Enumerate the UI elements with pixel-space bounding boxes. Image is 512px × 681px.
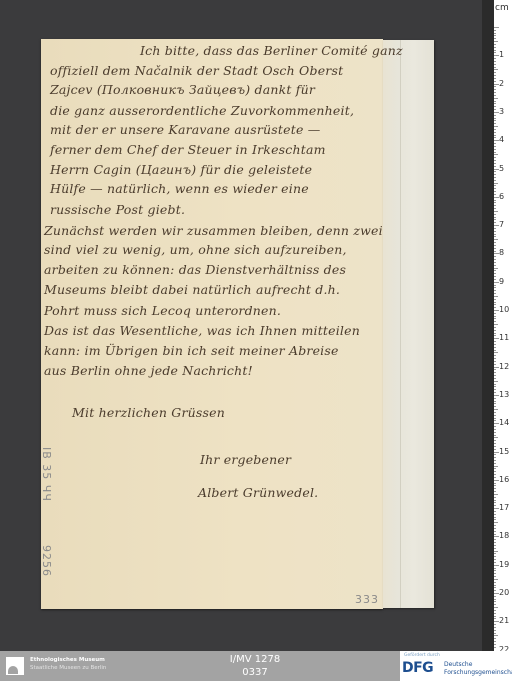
ruler-tick <box>494 69 498 70</box>
ruler-tick <box>494 386 496 387</box>
ruler-tick <box>494 415 496 416</box>
ruler-tick <box>494 248 496 249</box>
ruler-tick <box>494 118 496 119</box>
letter-line: Ich bitte, dass das Berliner Comité ganz <box>140 45 403 58</box>
ruler-tick <box>494 497 496 498</box>
ruler-tick <box>494 171 496 172</box>
ruler-label: 9 <box>499 277 504 286</box>
ruler-tick <box>494 545 496 546</box>
ruler-tick <box>494 548 496 549</box>
ruler-tick <box>494 519 496 520</box>
ruler-tick <box>494 256 496 257</box>
ruler-tick <box>494 268 498 269</box>
ruler-tick <box>494 551 498 552</box>
ruler-tick <box>494 570 496 571</box>
ruler-tick <box>494 446 496 447</box>
ruler-tick <box>494 279 496 280</box>
ruler-tick <box>494 109 496 110</box>
ruler-tick <box>494 531 496 532</box>
ruler-tick <box>494 443 496 444</box>
ruler-tick <box>494 86 496 87</box>
ruler-tick <box>494 174 496 175</box>
ruler-tick <box>494 449 496 450</box>
ruler-tick <box>494 163 496 164</box>
ruler-tick <box>494 33 496 34</box>
dfg-logo-icon: DFG <box>402 660 433 676</box>
ruler-tick <box>494 285 496 286</box>
ruler-tick <box>494 358 496 359</box>
ruler-tick <box>494 355 496 356</box>
ruler-label: 2 <box>499 79 504 88</box>
ruler-tick <box>494 27 499 28</box>
ruler-tick <box>494 123 496 124</box>
ruler-tick <box>494 316 496 317</box>
ruler-tick <box>494 52 496 53</box>
ruler-tick <box>494 222 496 223</box>
ruler-tick <box>494 103 496 104</box>
ruler-tick <box>494 188 496 189</box>
ruler-tick <box>494 296 498 297</box>
ruler-tick <box>494 333 496 334</box>
ruler-tick <box>494 556 496 557</box>
letter-line: aus Berlin ohne jede Nachricht! <box>44 365 253 378</box>
ruler-tick <box>494 115 496 116</box>
ruler-tick <box>494 273 496 274</box>
ruler-tick <box>494 582 496 583</box>
ruler-tick <box>494 290 496 291</box>
ruler-tick <box>494 202 496 203</box>
ruler-tick <box>494 106 496 107</box>
ruler-tick <box>494 35 496 36</box>
ruler-tick <box>494 61 496 62</box>
ruler-tick <box>494 616 496 617</box>
ruler-tick <box>494 647 496 648</box>
ruler-tick <box>494 120 496 121</box>
ruler-tick <box>494 211 498 212</box>
ruler-tick <box>494 418 496 419</box>
ruler-tick <box>494 259 496 260</box>
ruler-tick <box>494 265 496 266</box>
ruler-tick <box>494 587 496 588</box>
ruler-tick <box>494 205 496 206</box>
ruler-tick <box>494 525 496 526</box>
ruler-tick <box>494 313 496 314</box>
ruler-tick <box>494 330 496 331</box>
ruler-tick <box>494 613 496 614</box>
ruler-tick <box>494 420 496 421</box>
ruler-tick <box>494 440 496 441</box>
ruler-label: 13 <box>499 390 509 399</box>
ruler-tick <box>494 460 496 461</box>
ruler-tick <box>494 234 496 235</box>
ruler-tick <box>494 590 496 591</box>
margin-annotation-number: 9256 <box>40 545 53 577</box>
ruler-tick <box>494 599 496 600</box>
ruler-label: 11 <box>499 333 509 342</box>
ruler-tick <box>494 494 498 495</box>
ruler-label: 16 <box>499 475 509 484</box>
paper-fold-edge <box>383 40 434 608</box>
ruler-label: 15 <box>499 447 509 456</box>
ruler-label: 21 <box>499 616 509 625</box>
ruler-tick <box>494 601 496 602</box>
ruler-tick <box>494 618 496 619</box>
ruler-tick <box>494 539 496 540</box>
letter-line: Museums bleibt dabei natürlich aufrecht … <box>44 284 340 297</box>
ruler-tick <box>494 485 496 486</box>
ruler-tick <box>494 262 496 263</box>
ruler-tick <box>494 350 496 351</box>
ruler-tick <box>494 403 496 404</box>
ruler-tick <box>494 369 496 370</box>
ruler-tick <box>494 166 496 167</box>
ruler-label: 8 <box>499 248 504 257</box>
ruler-tick <box>494 483 496 484</box>
ruler-tick <box>494 579 498 580</box>
ruler-tick <box>494 624 496 625</box>
ruler-tick <box>494 638 496 639</box>
ruler-tick <box>494 627 496 628</box>
ruler-tick <box>494 375 496 376</box>
letter-line: Zajcev (Полковникъ Зайцевъ) dankt für <box>50 84 315 97</box>
ruler-tick <box>494 384 496 385</box>
ruler-tick <box>494 644 496 645</box>
ruler-tick <box>494 177 496 178</box>
ruler-tick <box>494 596 496 597</box>
ruler-tick <box>494 191 496 192</box>
ruler-tick <box>494 488 496 489</box>
letter-line: Hülfe — natürlich, wenn es wieder eine <box>50 183 309 196</box>
ruler-label: 12 <box>499 362 509 371</box>
ruler-tick <box>494 180 496 181</box>
ruler-tick <box>494 75 496 76</box>
ruler-label: 19 <box>499 560 509 569</box>
ruler-tick <box>494 633 496 634</box>
ruler-label: 20 <box>499 588 509 597</box>
ruler-tick <box>494 304 496 305</box>
ruler-tick <box>494 468 496 469</box>
ruler-tick <box>494 406 496 407</box>
ruler-tick <box>494 361 496 362</box>
letter-line: Ihr ergebener <box>200 454 291 467</box>
ruler-tick <box>494 568 496 569</box>
ruler-tick <box>494 344 496 345</box>
ruler-tick <box>494 324 498 325</box>
ruler-tick <box>494 92 496 93</box>
ruler-tick <box>494 604 496 605</box>
ruler-tick <box>494 302 496 303</box>
ruler-tick <box>494 183 498 184</box>
letter-line: ferner dem Chef der Steuer in Irkeschtam <box>50 144 326 157</box>
ruler-tick <box>494 542 496 543</box>
ruler-tick <box>494 392 496 393</box>
ruler-tick <box>494 502 496 503</box>
ruler-tick <box>494 463 496 464</box>
ruler-tick <box>494 287 496 288</box>
ruler-tick <box>494 454 496 455</box>
ruler-tick <box>494 389 496 390</box>
ruler-tick <box>494 437 498 438</box>
letter-line: Pohrt muss sich Lecoq unterordnen. <box>44 305 281 318</box>
ruler-tick <box>494 41 498 42</box>
ruler-tick <box>494 81 496 82</box>
letter-line: Mit herzlichen Grüssen <box>72 407 225 420</box>
ruler-tick <box>494 505 496 506</box>
letter-line: sind viel zu wenig, um, ohne sich aufzur… <box>44 244 347 257</box>
ruler-tick <box>494 398 496 399</box>
letter-line: arbeiten zu können: das Dienstverhältnis… <box>44 264 346 277</box>
ruler-tick <box>494 474 496 475</box>
ruler-tick <box>494 217 496 218</box>
ruler-tick <box>494 126 498 127</box>
ruler-tick <box>494 47 496 48</box>
pencil-page-number: 333 <box>355 593 379 606</box>
ruler-tick <box>494 208 496 209</box>
ruler-tick <box>494 50 496 51</box>
ruler-tick <box>494 251 496 252</box>
ruler-tick <box>494 514 496 515</box>
letter-line: kann: im Übrigen bin ich seit meiner Abr… <box>44 345 339 358</box>
margin-annotation-inventory: IB 35 ЧЧ <box>40 447 53 502</box>
shelfmark: I/MV 1278 <box>200 654 310 665</box>
ruler-tick <box>494 585 496 586</box>
letter-line: Albert Grünwedel. <box>198 487 318 500</box>
funded-by-label: Gefördert durch <box>404 653 440 658</box>
ruler-tick <box>494 378 496 379</box>
letter-line: russische Post giebt. <box>50 204 185 217</box>
ruler-tick <box>494 219 496 220</box>
ruler-tick <box>494 335 496 336</box>
ruler-label: 14 <box>499 418 509 427</box>
ruler-tick <box>494 67 496 68</box>
page-number: 0337 <box>200 667 310 678</box>
ruler-tick <box>494 576 496 577</box>
ruler-tick <box>494 635 498 636</box>
ruler-tick <box>494 477 496 478</box>
ruler-tick <box>494 610 496 611</box>
ruler-tick <box>494 214 496 215</box>
ruler-tick <box>494 327 496 328</box>
ruler-tick <box>494 129 496 130</box>
ruler-label: 6 <box>499 192 504 201</box>
ruler-tick <box>494 511 496 512</box>
ruler-tick <box>494 471 496 472</box>
ruler-tick <box>494 146 496 147</box>
ruler-tick <box>494 401 496 402</box>
ruler-tick <box>494 101 496 102</box>
ruler-tick <box>494 534 496 535</box>
ruler-tick <box>494 89 496 90</box>
ruler-tick <box>494 270 496 271</box>
ruler-label: 18 <box>499 531 509 540</box>
ruler-tick <box>494 242 496 243</box>
ruler-tick <box>494 44 496 45</box>
ruler-label: 17 <box>499 503 509 512</box>
ruler-tick <box>494 154 498 155</box>
ruler-tick <box>494 293 496 294</box>
ruler-tick <box>494 245 496 246</box>
ruler-tick <box>494 364 496 365</box>
letter-line: mit der er unsere Karavane ausrüstete — <box>50 124 320 137</box>
ruler-tick <box>494 299 496 300</box>
ruler-tick <box>494 58 496 59</box>
ruler-tick <box>494 457 496 458</box>
ruler-tick <box>494 132 496 133</box>
ruler-tick <box>494 426 496 427</box>
ruler-label: 10 <box>499 305 509 314</box>
ruler-label: 3 <box>499 107 504 116</box>
ruler-tick <box>494 341 496 342</box>
ruler-tick <box>494 607 498 608</box>
museum-logo-icon <box>6 657 24 675</box>
ruler-tick <box>494 435 496 436</box>
ruler-tick <box>494 432 496 433</box>
ruler-tick <box>494 157 496 158</box>
ruler-tick <box>494 528 496 529</box>
letter-line: Herrn Cagin (Цагинъ) für die geleistete <box>50 164 312 177</box>
ruler-tick <box>494 318 496 319</box>
ruler-tick <box>494 185 496 186</box>
ruler-label: 7 <box>499 220 504 229</box>
ruler-tick <box>494 573 496 574</box>
ruler-tick <box>494 347 496 348</box>
ruler-tick <box>494 500 496 501</box>
ruler-tick <box>494 135 496 136</box>
ruler-tick <box>494 641 496 642</box>
ruler-tick <box>494 228 496 229</box>
ruler-tick <box>494 98 498 99</box>
ruler-tick <box>494 553 496 554</box>
ruler-tick <box>494 321 496 322</box>
ruler-unit-label: cm <box>495 3 509 13</box>
ruler-tick <box>494 64 496 65</box>
letter-line: die ganz ausserordentliche Zuvorkommenhe… <box>50 105 354 118</box>
ruler-tick <box>494 372 496 373</box>
ruler-tick <box>494 152 496 153</box>
ruler-tick <box>494 72 496 73</box>
ruler-tick <box>494 381 498 382</box>
ruler-tick <box>494 200 496 201</box>
ruler-tick <box>494 466 498 467</box>
ruler-tick <box>494 352 498 353</box>
ruler-tick <box>494 562 496 563</box>
ruler-tick <box>494 559 496 560</box>
ruler-tick <box>494 78 496 79</box>
museum-subtitle: Staatliche Museen zu Berlin <box>30 665 106 671</box>
ruler-tick <box>494 491 496 492</box>
letter-line: Das ist das Wesentliche, was ich Ihnen m… <box>44 325 360 338</box>
ruler-label: 1 <box>499 50 504 59</box>
ruler-tick <box>494 412 496 413</box>
ruler-tick <box>494 30 496 31</box>
ruler-label: 5 <box>499 164 504 173</box>
ruler-tick <box>494 137 496 138</box>
ruler-tick <box>494 160 496 161</box>
ruler-tick <box>494 276 496 277</box>
ruler-tick <box>494 409 498 410</box>
ruler-tick <box>494 236 496 237</box>
dfg-name-line1: Deutsche <box>444 661 472 668</box>
ruler-tick <box>494 95 496 96</box>
ruler-tick <box>494 517 496 518</box>
ruler-tick <box>494 231 496 232</box>
ruler-label: 4 <box>499 135 504 144</box>
ruler-tick <box>494 143 496 144</box>
ruler-tick <box>494 239 498 240</box>
ruler-tick <box>494 38 496 39</box>
fold-line <box>400 40 401 608</box>
ruler-tick <box>494 522 498 523</box>
ruler-tick <box>494 149 496 150</box>
letter-line: offiziell dem Načalnik der Stadt Osch Ob… <box>50 65 343 78</box>
dfg-name-line2: Forschungsgemeinschaft <box>444 669 512 676</box>
letter-line: Zunächst werden wir zusammen bleiben, de… <box>44 225 383 238</box>
ruler-tick <box>494 429 496 430</box>
ruler-tick <box>494 630 496 631</box>
museum-name: Ethnologisches Museum <box>30 657 105 663</box>
ruler-tick <box>494 194 496 195</box>
ruler-tick <box>494 307 496 308</box>
